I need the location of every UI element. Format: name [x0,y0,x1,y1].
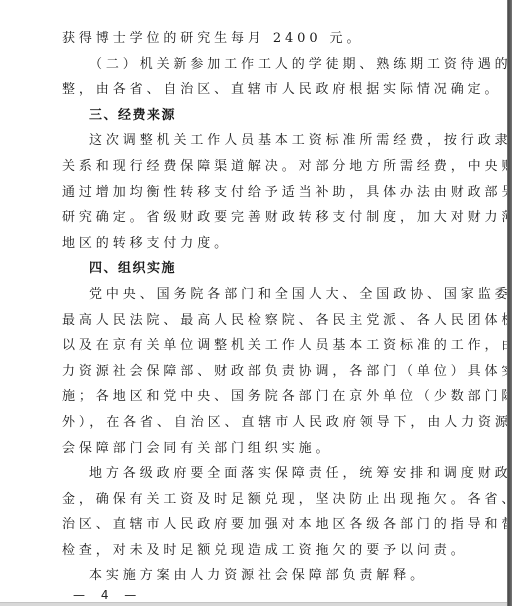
text-line: 本实施方案由人力资源社会保障部负责解释。 [62,563,445,589]
text-line: 治区、直辖市人民政府要加强对本地区各级各部门的指导和督促 [62,512,445,538]
text-line: 通过增加均衡性转移支付给予适当补助，具体办法由财政部另行 [62,180,445,206]
text-line: 地方各级政府要全面落实保障责任，统筹安排和调度财政资 [62,461,445,487]
text-line: 党中央、国务院各部门和全国人大、全国政协、国家监委、 [62,282,445,308]
text-line: 获得博士学位的研究生每月 2400 元。 [62,26,445,52]
text-line: 整，由各省、自治区、直辖市人民政府根据实际情况确定。 [62,77,445,103]
text-line: 这次调整机关工作人员基本工资标准所需经费，按行政隶属 [62,128,445,154]
text-line: 检查，对未及时足额兑现造成工资拖欠的要予以问责。 [62,538,445,564]
text-line: 最高人民法院、最高人民检察院、各民主党派、各人民团体机关 [62,308,445,334]
section-heading-organization: 四、组织实施 [62,256,445,282]
text-line: 力资源社会保障部、财政部负责协调，各部门（单位）具体实 [62,359,445,385]
text-line: 会保障部门会同有关部门组织实施。 [62,436,445,462]
text-line: 以及在京有关单位调整机关工作人员基本工资标准的工作，由人 [62,333,445,359]
text-line: （二）机关新参加工作工人的学徒期、熟练期工资待遇的调 [62,52,445,78]
page-number: — 4 — [73,588,142,602]
text-line: 研究确定。省级财政要完善财政转移支付制度，加大对财力薄弱 [62,205,445,231]
text-line: 施；各地区和党中央、国务院各部门在京外单位（少数部门除 [62,384,445,410]
text-line: 金，确保有关工资及时足额兑现，坚决防止出现拖欠。各省、自 [62,487,445,513]
document-body: 获得博士学位的研究生每月 2400 元。 （二）机关新参加工作工人的学徒期、熟练… [62,26,445,589]
viewer-scrollbar-edge[interactable] [507,0,512,606]
text-line: 地区的转移支付力度。 [62,231,445,257]
text-line: 外），在各省、自治区、直辖市人民政府领导下，由人力资源社 [62,410,445,436]
page-bottom-edge [0,602,507,606]
text-line: 关系和现行经费保障渠道解决。对部分地方所需经费，中央财政 [62,154,445,180]
section-heading-funding-source: 三、经费来源 [62,103,445,129]
document-page: 获得博士学位的研究生每月 2400 元。 （二）机关新参加工作工人的学徒期、熟练… [0,0,507,603]
